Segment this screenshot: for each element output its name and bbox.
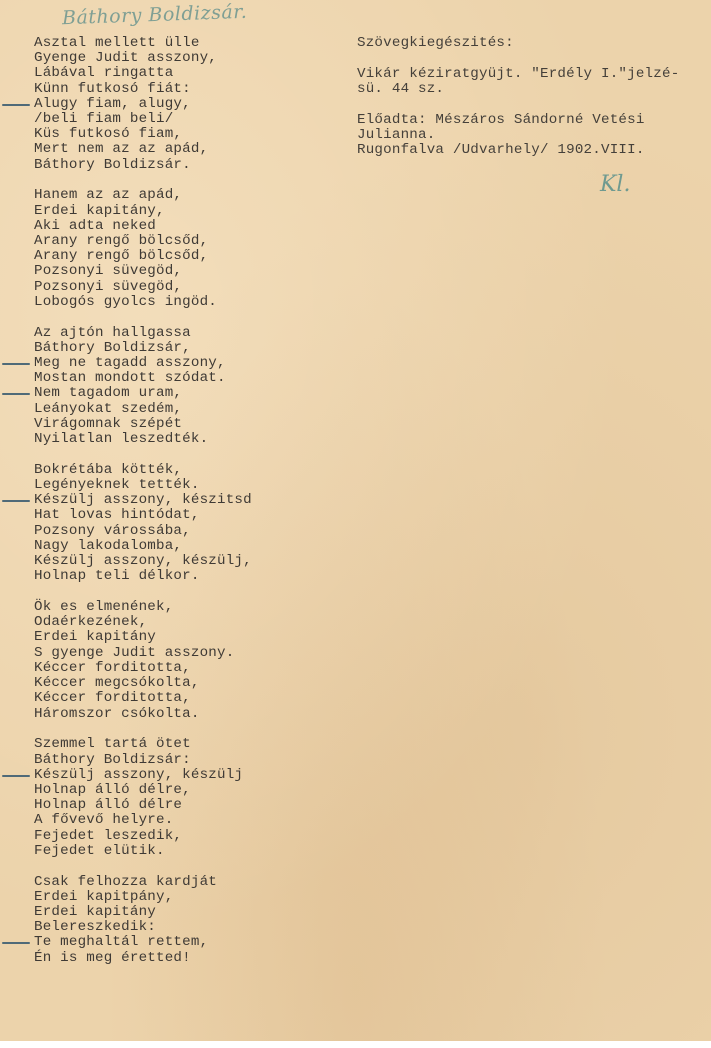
poem-line: Nyilatlan leszedték.	[34, 432, 252, 447]
source-line-2: sü. 44 sz.	[357, 82, 707, 97]
poem-line: Ök es elmenének,	[34, 600, 252, 615]
poem-line: Készülj asszony, készülj	[34, 768, 252, 783]
poem-line: Erdei kapitpány,	[34, 890, 252, 905]
poem-line: Leányokat szedém,	[34, 402, 252, 417]
poem-line: Holnap álló délre,	[34, 783, 252, 798]
poem-line: Virágomnak szépét	[34, 417, 252, 432]
poem-line: Asztal mellett ülle	[34, 36, 252, 51]
poem-line: Báthory Boldizsár.	[34, 158, 252, 173]
poem-line: Künn futkosó fiát:	[34, 82, 252, 97]
poem-line: Háromszor csókolta.	[34, 707, 252, 722]
poem-line: Az ajtón hallgassa	[34, 326, 252, 341]
notes-block: Szövegkiegészités: Vikár kéziratgyüjt. "…	[357, 36, 707, 158]
poem-line: Pozsonyi süvegöd,	[34, 264, 252, 279]
poem-line: Küs futkosó fiam,	[34, 127, 252, 142]
poem-line: Arany rengő bölcsőd,	[34, 234, 252, 249]
margin-dash-mark	[2, 363, 30, 365]
performer-line-1: Előadta: Mészáros Sándorné Vetési	[357, 113, 707, 128]
stanza: Az ajtón hallgassaBáthory Boldizsár,Meg …	[34, 326, 252, 448]
poem-line: Báthory Boldizsár,	[34, 341, 252, 356]
margin-dash-mark	[2, 775, 30, 777]
poem-line: Készülj asszony, készitsd	[34, 493, 252, 508]
poem-line: Kéccer forditotta,	[34, 691, 252, 706]
place-date: Rugonfalva /Udvarhely/ 1902.VIII.	[357, 143, 707, 158]
poem-line: Nem tagadom uram,	[34, 386, 252, 401]
poem-line: Arany rengő bölcsőd,	[34, 249, 252, 264]
poem-line: Én is meg éretted!	[34, 951, 252, 966]
poem-line: Odaérkezének,	[34, 615, 252, 630]
poem-line: Fejedet elütik.	[34, 844, 252, 859]
poem-line: Hanem az az apád,	[34, 188, 252, 203]
poem-line: Mert nem az az apád,	[34, 142, 252, 157]
poem-line: Legényeknek tették.	[34, 478, 252, 493]
poem-line: Pozsony várossába,	[34, 524, 252, 539]
poem-line: Pozsonyi süvegöd,	[34, 280, 252, 295]
poem-text: Asztal mellett ülleGyenge Judit asszony,…	[34, 36, 252, 981]
stanza: Bokrétába kötték,Legényeknek tették.Kész…	[34, 463, 252, 585]
stanza: Ök es elmenének,Odaérkezének,Erdei kapit…	[34, 600, 252, 722]
poem-line: Mostan mondott szódat.	[34, 371, 252, 386]
poem-line: Báthory Boldizsár:	[34, 753, 252, 768]
stanza: Csak felhozza kardjátErdei kapitpány,Erd…	[34, 875, 252, 966]
poem-line: Aki adta neked	[34, 219, 252, 234]
performer-line-2: Julianna.	[357, 128, 707, 143]
handwritten-title: Báthory Boldizsár.	[62, 1, 248, 29]
poem-line: Fejedet leszedik,	[34, 829, 252, 844]
poem-line: Kéccer forditotta,	[34, 661, 252, 676]
poem-line: Te meghaltál rettem,	[34, 935, 252, 950]
poem-line: Alugy fiam, alugy,	[34, 97, 252, 112]
source-line-1: Vikár kéziratgyüjt. "Erdély I."jelzé-	[357, 67, 707, 82]
poem-line: Készülj asszony, készülj,	[34, 554, 252, 569]
poem-line: Hat lovas hintódat,	[34, 508, 252, 523]
poem-line: Lábával ringatta	[34, 66, 252, 81]
poem-line: Gyenge Judit asszony,	[34, 51, 252, 66]
poem-line: S gyenge Judit asszony.	[34, 646, 252, 661]
poem-line: Holnap teli délkor.	[34, 569, 252, 584]
handwritten-initials: Kl.	[600, 172, 630, 197]
poem-line: Kéccer megcsókolta,	[34, 676, 252, 691]
poem-line: /beli fiam beli/	[34, 112, 252, 127]
poem-line: Csak felhozza kardját	[34, 875, 252, 890]
poem-line: Belereszkedik:	[34, 920, 252, 935]
margin-dash-mark	[2, 104, 30, 106]
poem-line: A fővevő helyre.	[34, 813, 252, 828]
stanza: Asztal mellett ülleGyenge Judit asszony,…	[34, 36, 252, 173]
poem-line: Meg ne tagadd asszony,	[34, 356, 252, 371]
stanza: Hanem az az apád,Erdei kapitány,Aki adta…	[34, 188, 252, 310]
margin-dash-mark	[2, 500, 30, 502]
poem-line: Lobogós gyolcs ingöd.	[34, 295, 252, 310]
margin-dash-mark	[2, 942, 30, 944]
notes-heading: Szövegkiegészités:	[357, 36, 707, 51]
poem-line: Bokrétába kötték,	[34, 463, 252, 478]
poem-line: Erdei kapitány,	[34, 204, 252, 219]
stanza: Szemmel tartá ötetBáthory Boldizsár:Kész…	[34, 737, 252, 859]
poem-line: Erdei kapitány	[34, 630, 252, 645]
document-page: Báthory Boldizsár. Asztal mellett ülleGy…	[0, 0, 711, 1041]
poem-line: Nagy lakodalomba,	[34, 539, 252, 554]
poem-line: Holnap álló délre	[34, 798, 252, 813]
poem-line: Erdei kapitány	[34, 905, 252, 920]
poem-line: Szemmel tartá ötet	[34, 737, 252, 752]
margin-dash-mark	[2, 393, 30, 395]
